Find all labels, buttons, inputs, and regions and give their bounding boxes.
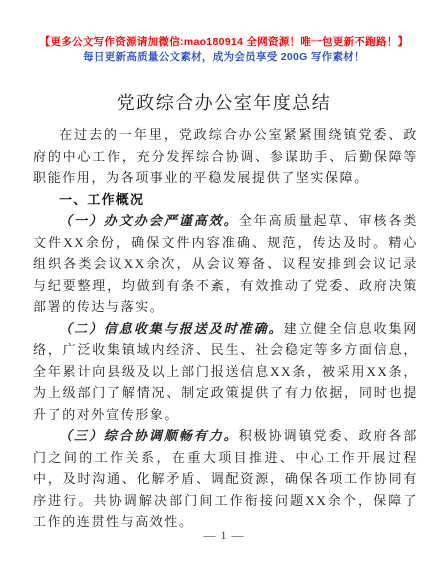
document-body: 在过去的一年里，党政综合办公室紧紧围绕镇党委、政府的中心工作，充分发挥综合协调、…: [33, 124, 418, 533]
paragraph-intro: 在过去的一年里，党政综合办公室紧紧围绕镇党委、政府的中心工作，充分发挥综合协调、…: [33, 124, 418, 189]
page-number: — 1 —: [0, 528, 448, 543]
document-page: 【更多公文写作资源请加微信:mao180914 全网资源！唯一包更新不跑路！】 …: [0, 0, 448, 580]
subsection-2-lead: （二）信息收集与报送及时准确。: [59, 321, 284, 336]
paragraph-subsection-1: （一）办文办会严谨高效。全年高质量起草、审核各类文件XX余份，确保文件内容准确、…: [33, 210, 418, 318]
ad-banner-line-2: 每日更新高质量公文素材，成为会员享受 200G 写作素材！: [0, 50, 448, 65]
ad-banner: 【更多公文写作资源请加微信:mao180914 全网资源！唯一包更新不跑路！】 …: [0, 0, 448, 65]
ad-banner-line-1: 【更多公文写作资源请加微信:mao180914 全网资源！唯一包更新不跑路！】: [0, 35, 448, 50]
paragraph-subsection-2: （二）信息收集与报送及时准确。建立健全信息收集网络，广泛收集镇域内经济、民生、社…: [33, 318, 418, 426]
paragraph-subsection-3: （三）综合协调顺畅有力。积极协调镇党委、政府各部门之间的工作关系，在重大项目推进…: [33, 425, 418, 533]
subsection-3-text: 积极协调镇党委、政府各部门之间的工作关系，在重大项目推进、中心工作开展过程中，及…: [33, 428, 418, 529]
subsection-1-lead: （一）办文办会严谨高效。: [59, 213, 239, 228]
subsection-1-text: 全年高质量起草、审核各类文件XX余份，确保文件内容准确、规范，传达及时。精心组织…: [33, 213, 418, 314]
section-heading-1: 一、工作概况: [33, 189, 418, 211]
document-title: 党政综合办公室年度总结: [0, 89, 448, 115]
subsection-3-lead: （三）综合协调顺畅有力。: [59, 428, 239, 443]
